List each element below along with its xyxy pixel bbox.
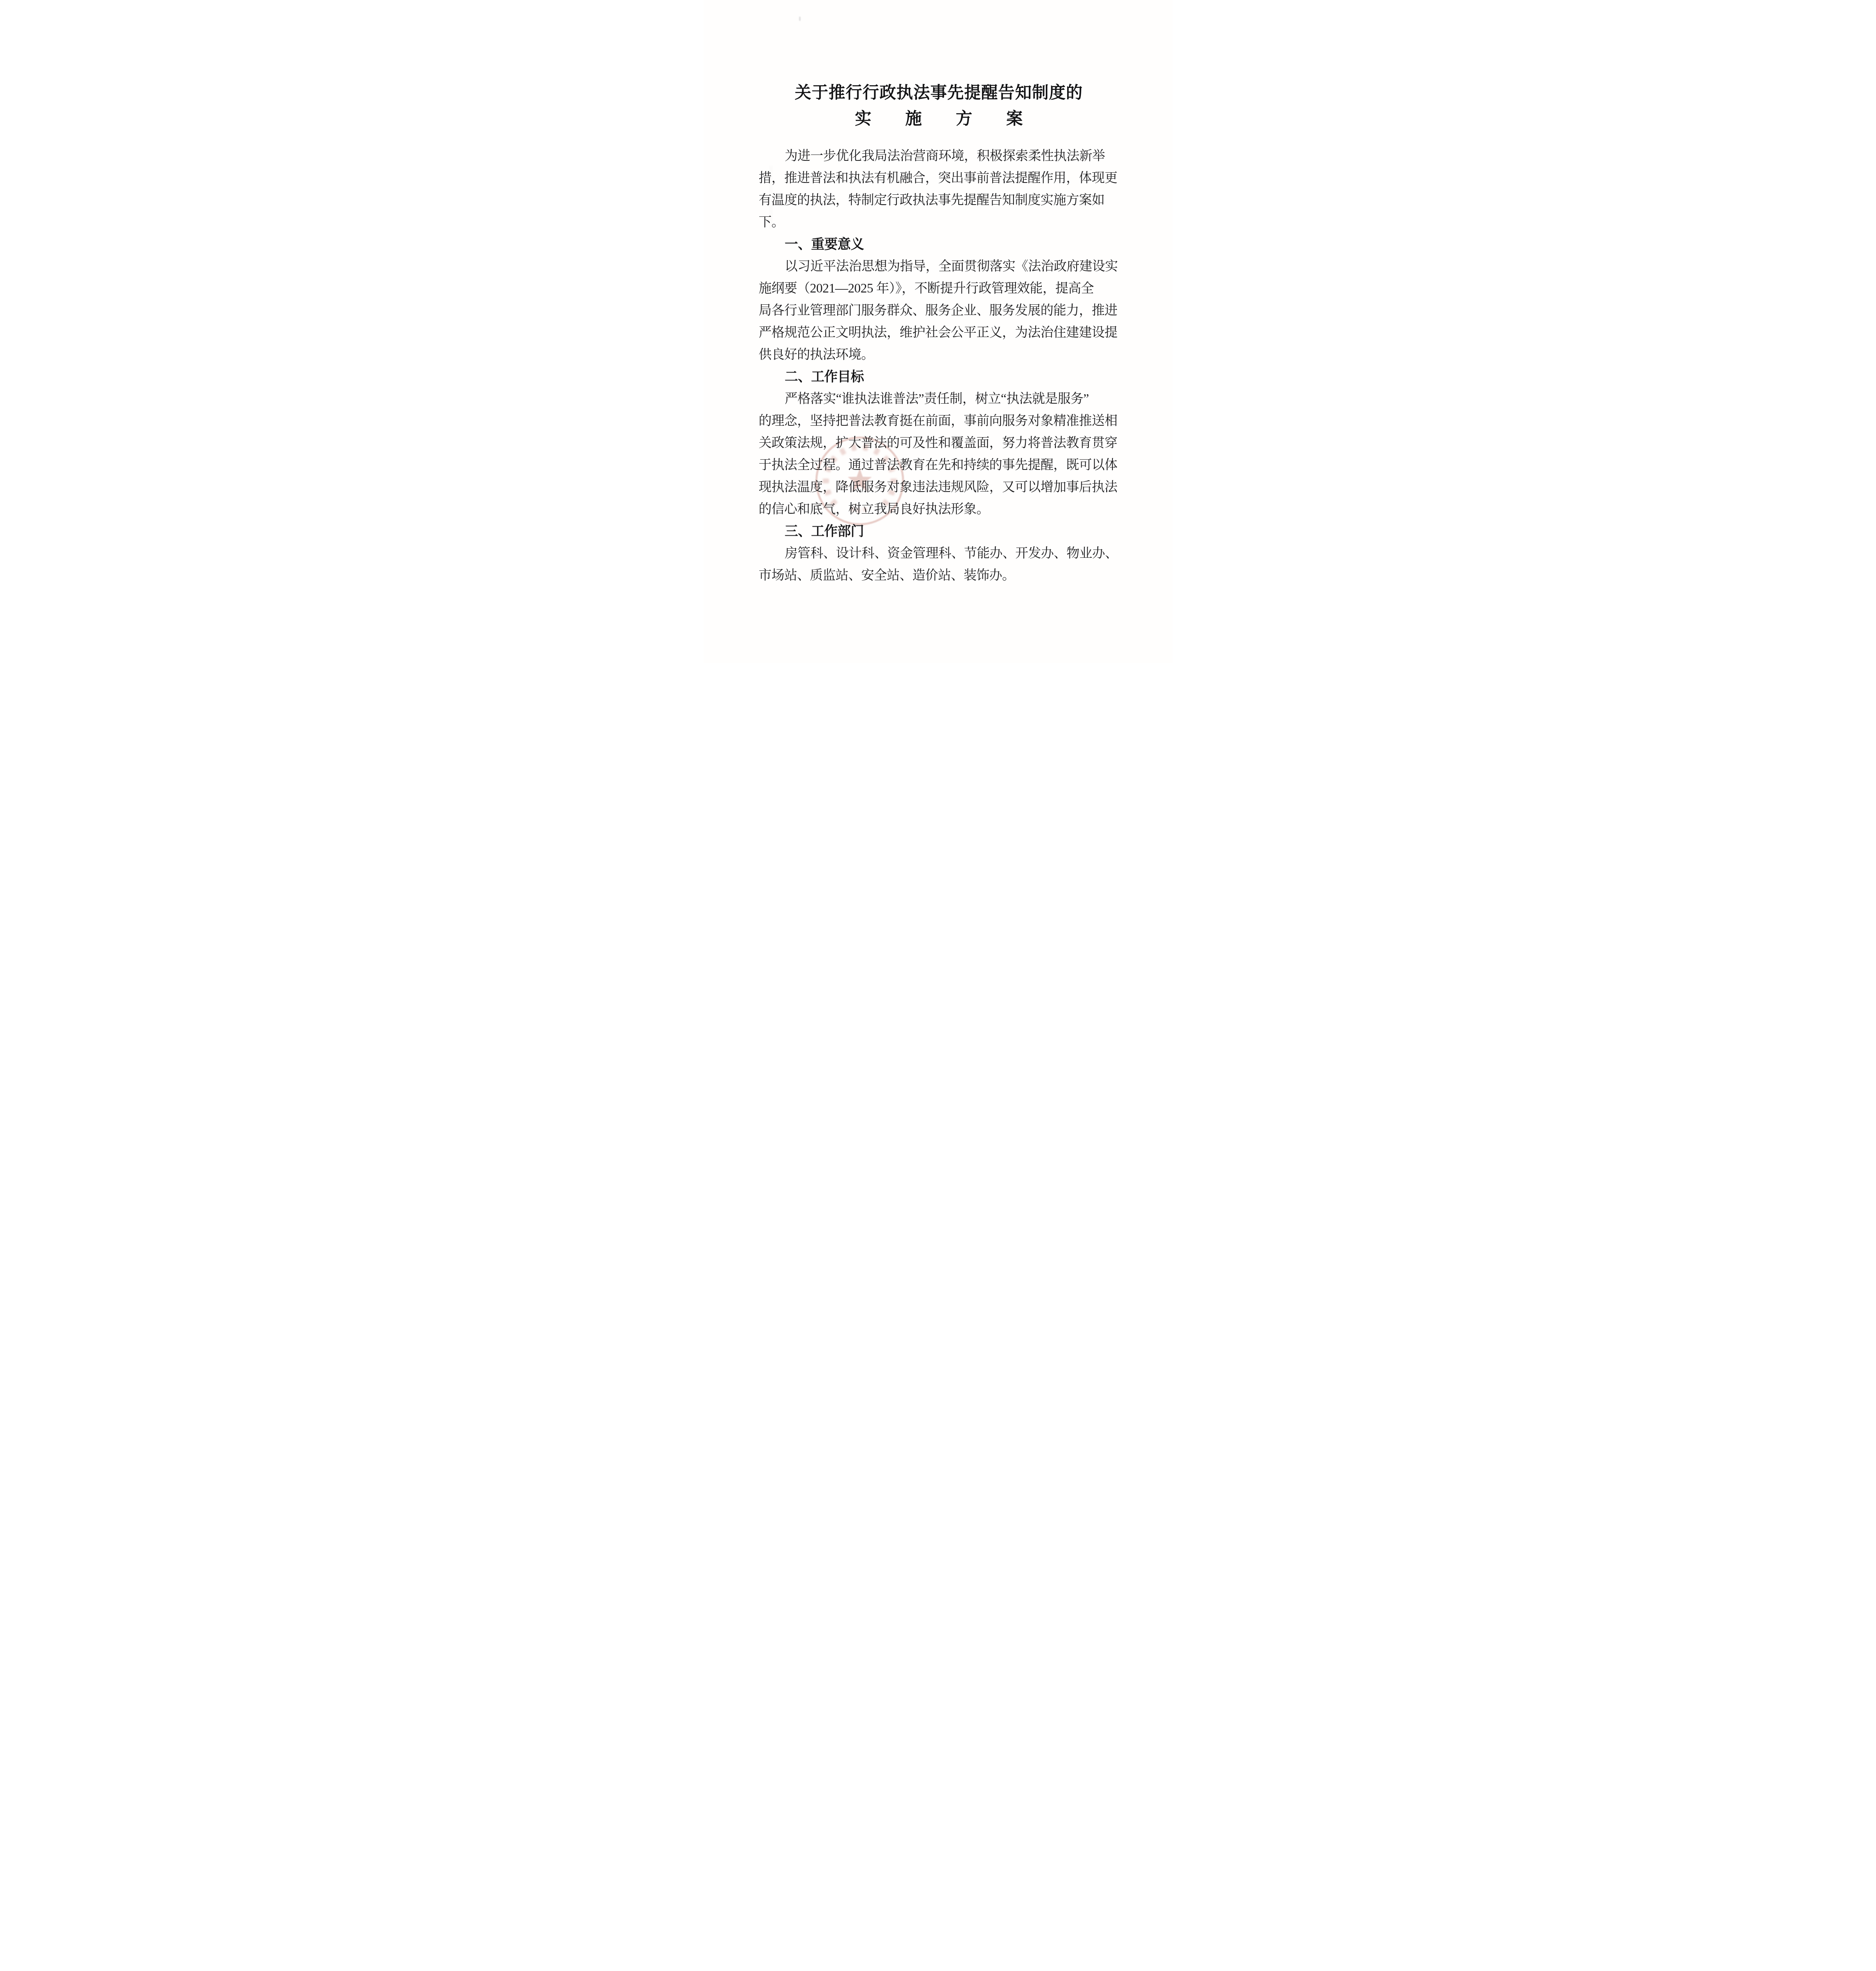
body-line: 施纲要（2021—2025 年）》，不断提升行政管理效能，提高全 [759,278,1119,300]
body-line: 现执法温度，降低服务对象违法违规风险，又可以增加事后执法 [759,476,1119,498]
body-line: 关政策法规，扩大普法的可及性和覆盖面，努力将普法教育贯穿 [759,432,1119,454]
document-body: 为进一步优化我局法治营商环境，积极探索柔性执法新举措，推进普法和执法有机融合，突… [759,145,1119,587]
scan-artifact-smudge [799,17,801,21]
body-line: 市场站、质监站、安全站、造价站、装饰办。 [759,564,1119,587]
document-title-line2: 实施方案 [759,106,1153,132]
document-title-line1: 关于推行行政执法事先提醒告知制度的 [759,80,1119,106]
body-line: 的信心和底气，树立我局良好执法形象。 [759,498,1119,520]
body-line: 下。 [759,211,1119,233]
section-heading: 二、工作目标 [759,366,1119,388]
body-line: 以习近平法治思想为指导，全面贯彻落实《法治政府建设实 [759,255,1119,278]
body-line: 有温度的执法，特制定行政执法事先提醒告知制度实施方案如 [759,189,1119,211]
body-line: 严格规范公正文明执法，维护社会公平正义，为法治住建建设提 [759,322,1119,344]
body-line: 于执法全过程。通过普法教育在先和持续的事先提醒，既可以体 [759,454,1119,476]
body-line: 局各行业管理部门服务群众、服务企业、服务发展的能力，推进 [759,300,1119,322]
body-line: 的理念，坚持把普法教育挺在前面，事前向服务对象精准推送相 [759,410,1119,432]
section-heading: 一、重要意义 [759,233,1119,255]
body-line: 措，推进普法和执法有机融合，突出事前普法提醒作用，体现更 [759,167,1119,189]
body-line: 房管科、设计科、资金管理科、节能办、开发办、物业办、 [759,542,1119,564]
section-heading: 三、工作部门 [759,520,1119,542]
body-line: 为进一步优化我局法治营商环境，积极探索柔性执法新举 [759,145,1119,167]
body-line: 严格落实“谁执法谁普法”责任制，树立“执法就是服务” [759,388,1119,410]
body-line: 供良好的执法环境。 [759,344,1119,366]
document-title: 关于推行行政执法事先提醒告知制度的 实施方案 [759,80,1119,132]
scanned-document-page: 关于推行行政执法事先提醒告知制度的 实施方案 为进一步优化我局法治营商环境，积极… [704,0,1173,663]
